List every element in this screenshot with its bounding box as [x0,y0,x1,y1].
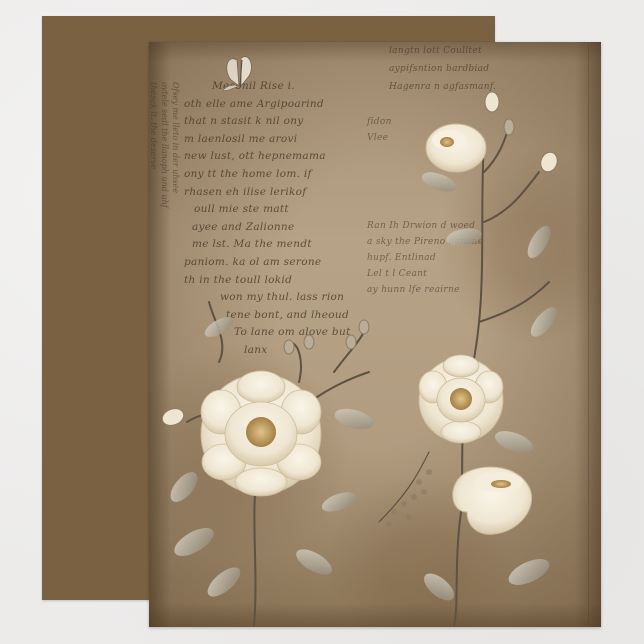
rose-right-bottom [453,467,532,534]
floral-illustration [149,42,601,627]
large-peony-left [201,371,321,496]
rose-right-top [426,124,486,172]
butterfly-icon [223,57,251,91]
sprig-seeds [386,469,432,527]
peony-right-middle [419,355,503,443]
front-side-card: Ofsey me lleto in der uhsee ovtele sedl … [149,42,601,627]
